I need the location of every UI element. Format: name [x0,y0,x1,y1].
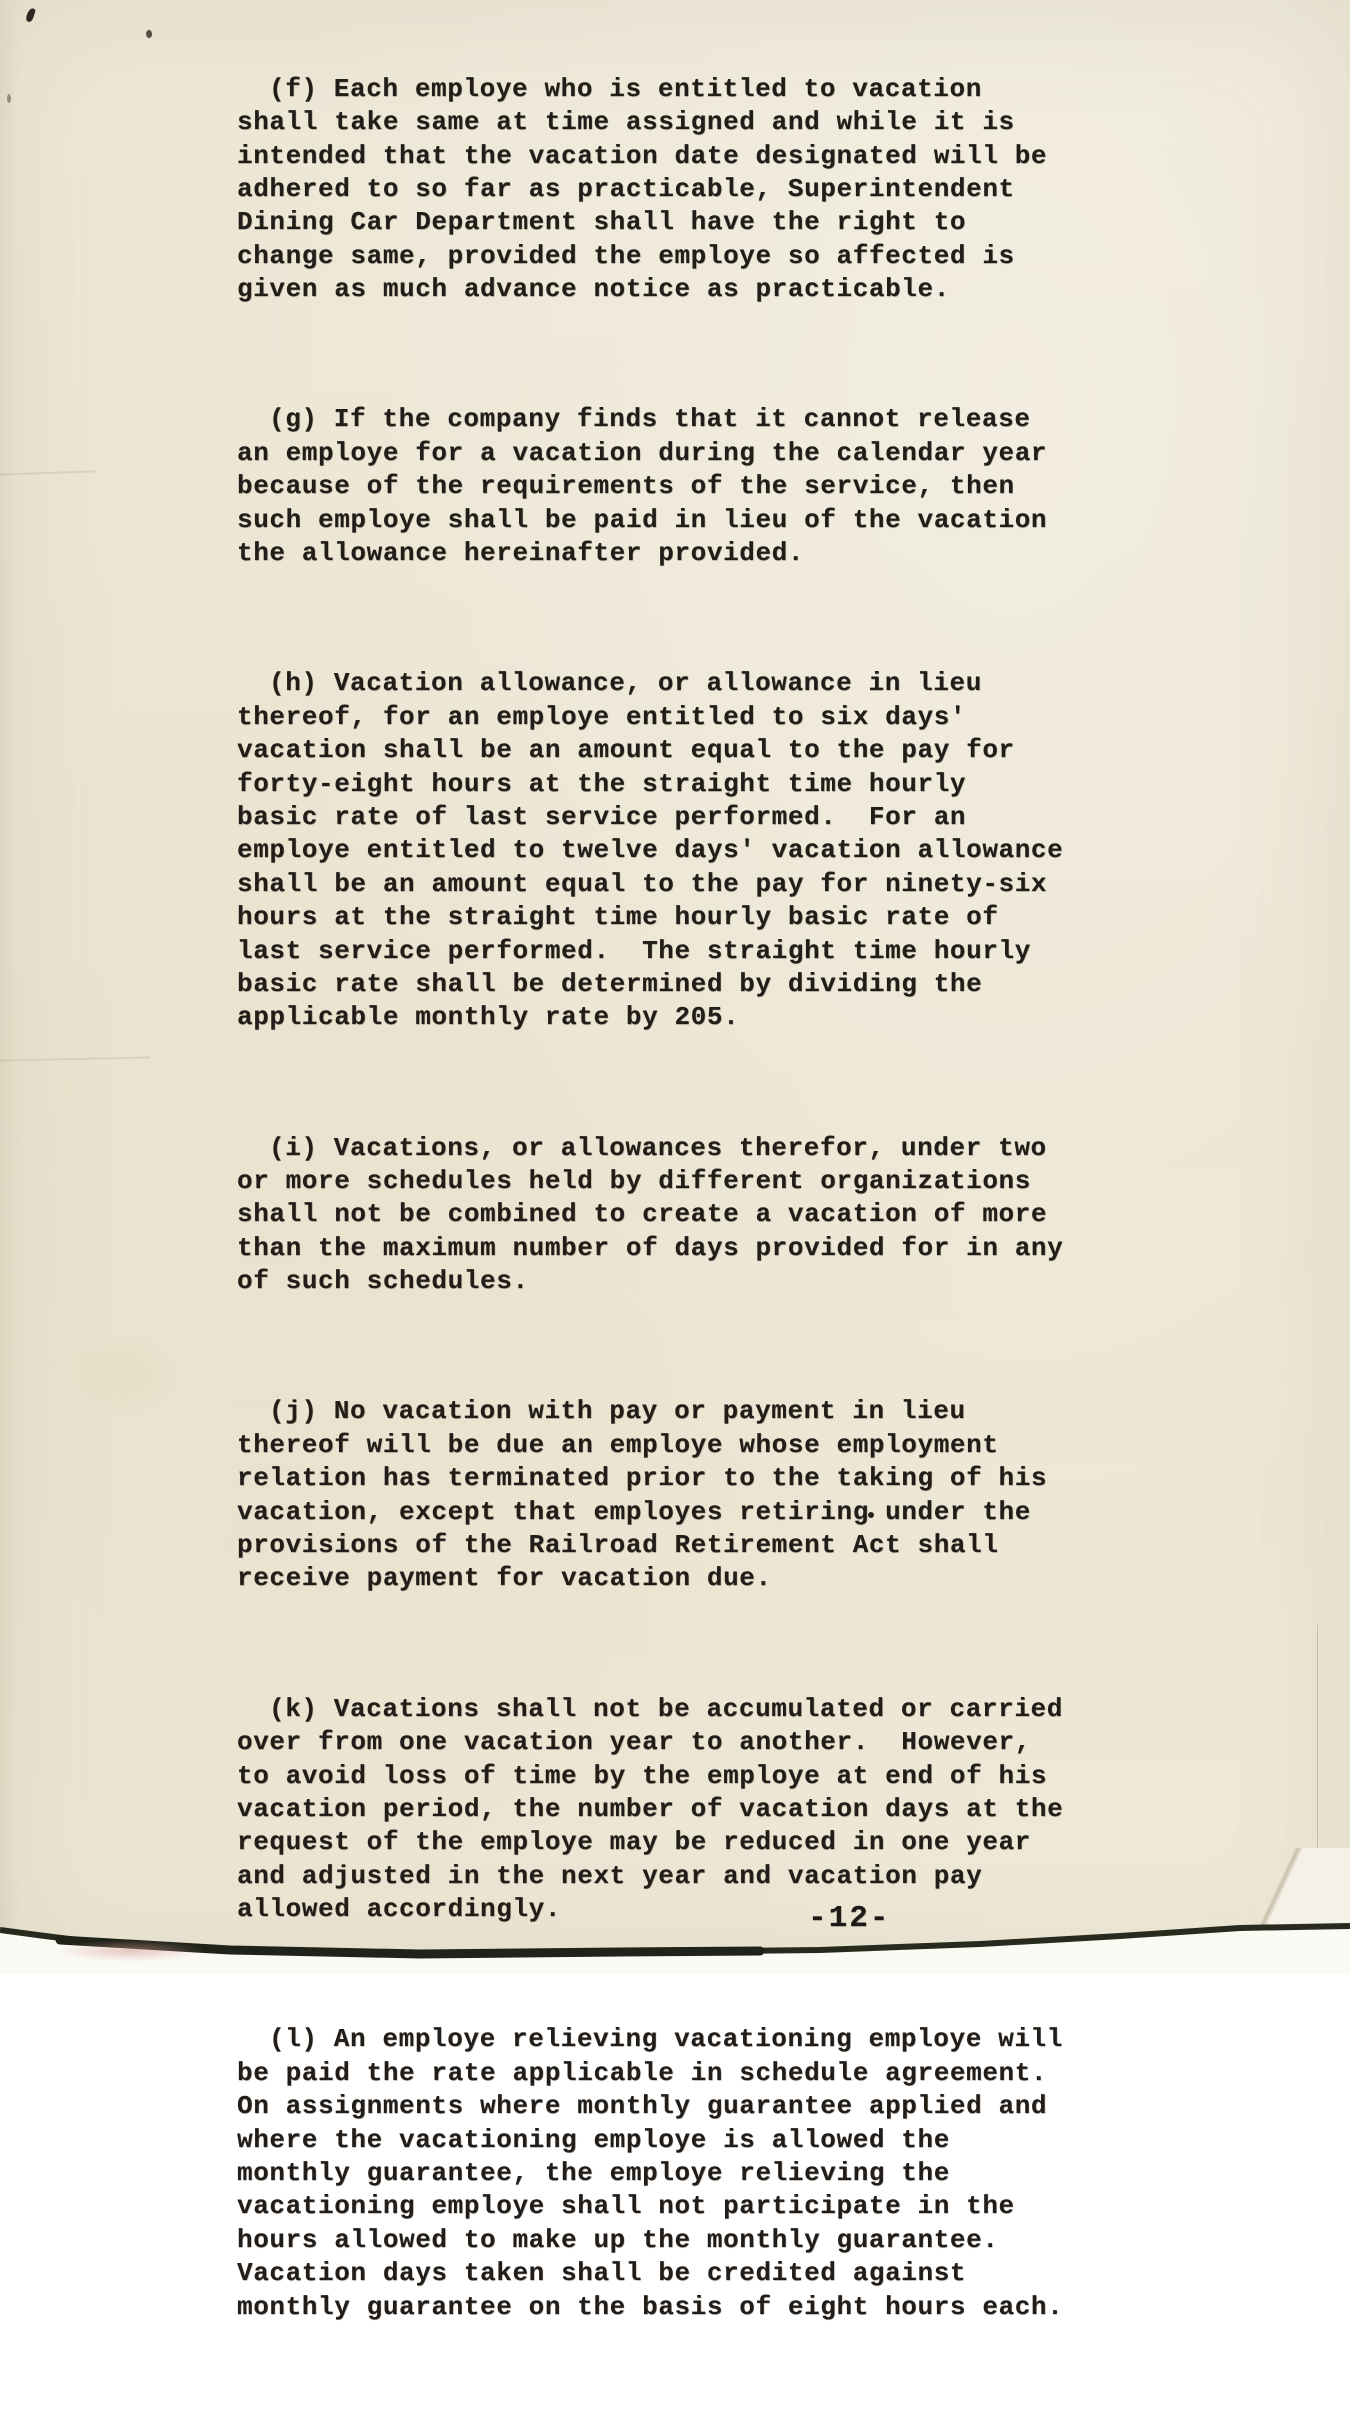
page-bottom-edge [0,1900,1350,1974]
ink-speck [7,94,11,103]
paper-stain [60,1330,180,1420]
paragraph-g: (g) If the company finds that it cannot … [237,403,1089,570]
paragraph-k: (k) Vacations shall not be accumulated o… [237,1693,1089,1927]
stray-ink-dot [868,1512,874,1518]
paragraph-j: (j) No vacation with pay or payment in l… [237,1395,1089,1595]
scan-smudge [55,1940,205,1962]
paragraph-h: (h) Vacation allowance, or allowance in … [237,667,1089,1034]
ink-speck [145,29,153,38]
paper-crease [0,1056,150,1061]
document-page: (f) Each employe who is entitled to vaca… [0,0,1350,1974]
ink-speck [25,7,36,22]
typed-text-block: (f) Each employe who is entitled to vaca… [237,6,1089,1974]
paragraph-f: (f) Each employe who is entitled to vaca… [237,73,1089,307]
paper-crease [0,470,95,475]
paragraph-i: (i) Vacations, or allowances therefor, u… [237,1132,1089,1299]
